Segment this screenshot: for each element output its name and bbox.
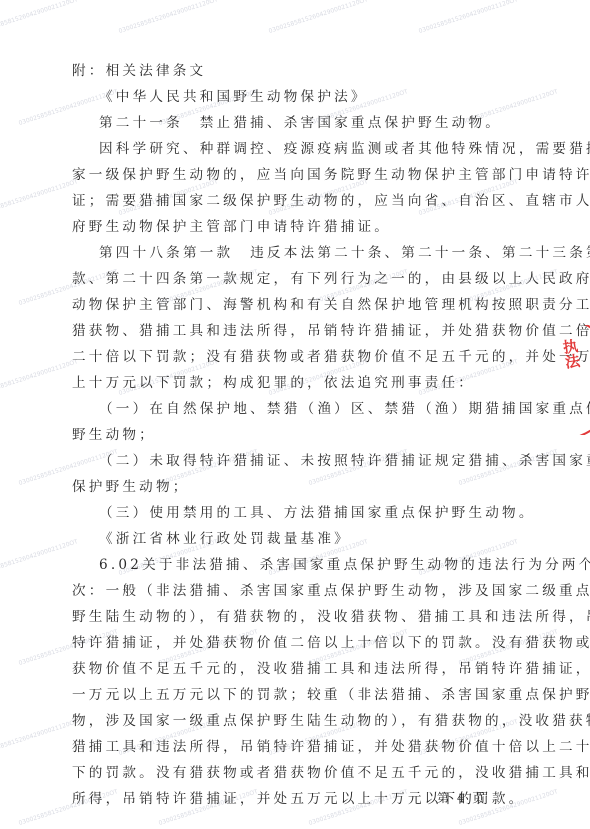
watermark-text: 0300258581526042900021120OT: [268, 0, 369, 35]
text-line: （一）在自然保护地、禁猎（渔）区、禁猎（渔）期猎捕国家重点保护: [99, 401, 590, 417]
watermark-text: 0300258581526042900021120OT: [0, 178, 79, 217]
text-line: （二）未取得特许猎捕证、未按照特许猎捕证规定猎捕、杀害国家重点: [99, 453, 590, 469]
text-line: 第二十一条 禁止猎捕、杀害国家重点保护野生动物。: [99, 115, 502, 131]
text-line: 次：一般（非法猎捕、杀害国家重点保护野生动物，涉及国家二级重点保护: [72, 583, 590, 599]
watermark-text: 0300258581526042900021120OT: [0, 718, 79, 757]
text-line: 特许猎捕证，并处猎获物价值二倍以上十倍以下的罚款。没有猎获物或者猎: [72, 635, 590, 651]
page-number: 第 4 页: [437, 789, 486, 806]
watermark-text: 0300258581526042900021120OT: [0, 538, 79, 577]
text-line: 证；需要猎捕国家二级保护野生动物的，应当向省、自治区、直辖市人民政: [72, 193, 590, 209]
text-line: 获物价值不足五千元的，没收猎捕工具和违法所得，吊销特许猎捕证，并处: [72, 661, 590, 677]
text-line: 保护野生动物；: [72, 479, 190, 495]
text-line: 野生陆生动物的），有猎获物的，没收猎获物、猎捕工具和违法所得，吊销: [72, 609, 590, 625]
text-line: 府野生动物保护主管部门申请特许猎捕证。: [72, 219, 391, 235]
text-line: 物，涉及国家一级重点保护野生陆生动物的），有猎获物的，没收猎获物、: [72, 713, 590, 729]
text-line: 猎捕工具和违法所得，吊销特许猎捕证，并处猎获物价值十倍以上二十倍以: [72, 739, 590, 755]
watermark-text: 0300258581526042900021120OT: [0, 0, 79, 35]
text-line: 一万元以上五万元以下的罚款；较重（非法猎捕、杀害国家重点保护野生动: [72, 687, 590, 703]
text-line: 《中华人民共和国野生动物保护法》: [99, 89, 368, 105]
text-line: 二十倍以下罚款；没有猎获物或者猎获物价值不足五千元的，并处一万元以: [72, 349, 590, 365]
text-line: 家一级保护野生动物的，应当向国务院野生动物保护主管部门申请特许猎捕: [72, 167, 590, 183]
text-line: 款、第二十四条第一款规定，有下列行为之一的，由县级以上人民政府野生: [72, 271, 590, 287]
text-line: 上十万元以下罚款；构成犯罪的，依法追究刑事责任：: [72, 375, 475, 391]
text-line: 附：相关法律条文: [72, 63, 206, 79]
text-line: 第四十八条第一款 违反本法第二十条、第二十一条、第二十三条第一: [99, 245, 590, 261]
text-line: 动物保护主管部门、海警机构和有关自然保护地管理机构按照职责分工没收: [72, 297, 590, 313]
text-line: （三）使用禁用的工具、方法猎捕国家重点保护野生动物。: [99, 505, 536, 521]
watermark-text: 0300258581526042900021120OT: [118, 0, 219, 35]
text-line: 因科学研究、种群调控、疫源疫病监测或者其他特殊情况，需要猎捕国: [99, 141, 590, 157]
text-line: 《浙江省林业行政处罚裁量基准》: [99, 531, 351, 547]
official-seal-stamp: 执法: [558, 325, 590, 435]
text-line: 6.02关于非法猎捕、杀害国家重点保护野生动物的违法行为分两个阶: [99, 557, 590, 573]
text-line: 下的罚款。没有猎获物或者猎获物价值不足五千元的，没收猎捕工具和违法: [72, 765, 590, 781]
watermark-text: 0300258581526042900021120OT: [0, 358, 79, 397]
text-line: 猎获物、猎捕工具和违法所得，吊销特许猎捕证，并处猎获物价值二倍以上: [72, 323, 590, 339]
watermark-text: 0300258581526042900021120OT: [418, 0, 519, 35]
document-page: 0300258581526042900021120OT0300258581526…: [0, 0, 590, 829]
text-line: 野生动物；: [72, 427, 156, 443]
seal-text: 执法: [558, 338, 582, 371]
